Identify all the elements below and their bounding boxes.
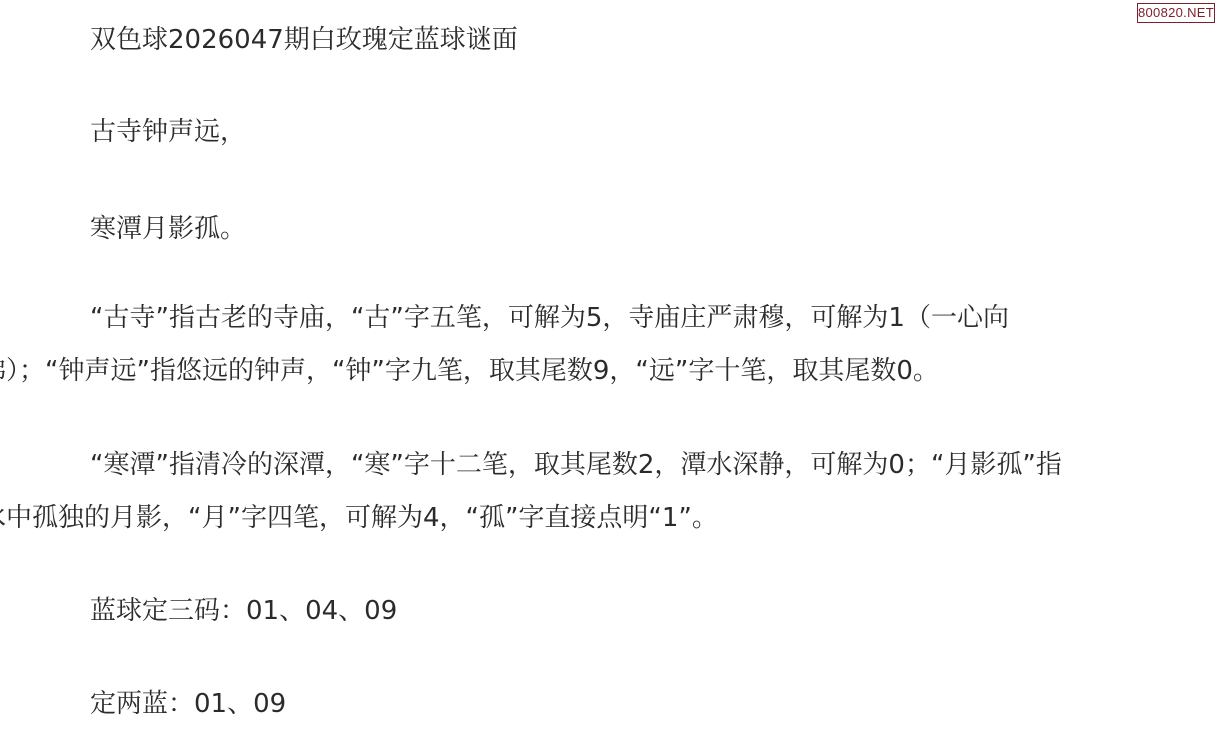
explanation-paragraph-2: “寒潭”指清冷的深潭，“寒”字十二笔，取其尾数2，潭水深静，可解为0；“月影孤”…: [35, 439, 1185, 545]
explanation-1-line-1: “古寺”指古老的寺庙，“古”字五笔，可解为5，寺庙庄严肃穆，可解为1（一心向: [35, 292, 1185, 345]
three-codes-label: 蓝球定三码：: [90, 596, 246, 626]
two-blue-label: 定两蓝：: [90, 689, 194, 719]
blue-ball-two-picks: 定两蓝：01、09: [35, 678, 1185, 731]
article-title: 双色球2026047期白玫瑰定蓝球谜面: [35, 14, 1185, 67]
blue-ball-three-codes: 蓝球定三码：01、04、09: [35, 585, 1185, 638]
riddle-line-1: 古寺钟声远，: [35, 106, 1185, 159]
explanation-2-line-2: 水中孤独的月影，“月”字四笔，可解为4，“孤”字直接点明“1”。: [0, 492, 1185, 545]
explanation-2-line-1: “寒潭”指清冷的深潭，“寒”字十二笔，取其尾数2，潭水深静，可解为0；“月影孤”…: [35, 439, 1185, 492]
riddle-line-2: 寒潭月影孤。: [35, 203, 1185, 256]
explanation-1-line-2: 佛）；“钟声远”指悠远的钟声，“钟”字九笔，取其尾数9，“远”字十笔，取其尾数0…: [0, 345, 1185, 398]
two-blue-values: 01、09: [194, 689, 286, 719]
explanation-paragraph-1: “古寺”指古老的寺庙，“古”字五笔，可解为5，寺庙庄严肃穆，可解为1（一心向 佛…: [35, 292, 1185, 398]
three-codes-values: 01、04、09: [246, 596, 397, 626]
